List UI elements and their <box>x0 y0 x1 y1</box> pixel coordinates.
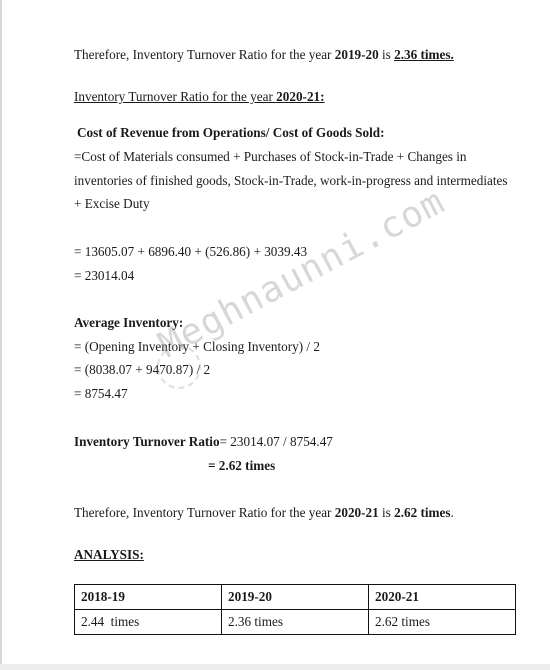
cogs-formula-line: =Cost of Materials consumed + Purchases … <box>74 149 466 165</box>
average-inventory-result: = 8754.47 <box>74 386 128 402</box>
average-inventory-heading-text: Average Inventory: <box>74 315 183 330</box>
year-label: 2019-20 <box>335 47 379 62</box>
cogs-calc-line: = 13605.07 + 6896.40 + (526.86) + 3039.4… <box>74 244 307 260</box>
table-header-cell: 2019-20 <box>222 585 369 610</box>
ratio-result: = 2.62 times <box>208 458 275 474</box>
analysis-table: 2018-19 2019-20 2020-21 2.44 times 2.36 … <box>74 584 516 635</box>
cogs-formula-line: + Excise Duty <box>74 196 150 212</box>
section-heading-year: 2020-21: <box>276 89 324 104</box>
table-cell: 2.36 times <box>222 610 369 635</box>
average-inventory-line: = (Opening Inventory + Closing Inventory… <box>74 339 320 355</box>
page-bottom-edge <box>0 664 550 670</box>
cogs-heading-text: Cost of Revenue from Operations/ Cost of… <box>77 125 384 140</box>
section-heading-text: Inventory Turnover Ratio for the year <box>74 89 276 104</box>
conclusion-2020-21: Therefore, Inventory Turnover Ratio for … <box>74 505 454 521</box>
conclusion-2019-20: Therefore, Inventory Turnover Ratio for … <box>74 47 454 63</box>
average-inventory-heading: Average Inventory: <box>74 315 183 331</box>
table-cell: 2.44 times <box>75 610 222 635</box>
analysis-heading: ANALYSIS: <box>74 547 144 563</box>
ratio-value: 2.62 times <box>394 505 450 520</box>
ratio-formula-text: = 23014.07 / 8754.47 <box>220 434 333 449</box>
cogs-formula-line: inventories of finished goods, Stock-in-… <box>74 173 508 189</box>
conclusion-text: Therefore, Inventory Turnover Ratio for … <box>74 47 335 62</box>
conclusion-text: Therefore, Inventory Turnover Ratio for … <box>74 505 335 520</box>
conclusion-text: is <box>379 505 394 520</box>
year-label: 2020-21 <box>335 505 379 520</box>
table-row: 2.44 times 2.36 times 2.62 times <box>75 610 516 635</box>
cogs-calc-result: = 23014.04 <box>74 268 134 284</box>
document-page: Therefore, Inventory Turnover Ratio for … <box>0 0 550 664</box>
conclusion-suffix: . <box>451 505 454 520</box>
ratio-label: Inventory Turnover Ratio <box>74 434 220 449</box>
table-cell: 2.62 times <box>369 610 516 635</box>
ratio-formula: Inventory Turnover Ratio= 23014.07 / 875… <box>74 434 333 450</box>
table-header-cell: 2018-19 <box>75 585 222 610</box>
analysis-heading-text: ANALYSIS: <box>74 547 144 562</box>
table-header-row: 2018-19 2019-20 2020-21 <box>75 585 516 610</box>
ratio-result-text: = 2.62 times <box>208 458 275 473</box>
section-heading: Inventory Turnover Ratio for the year 20… <box>74 89 325 105</box>
cogs-heading: Cost of Revenue from Operations/ Cost of… <box>77 125 384 141</box>
ratio-value: 2.36 times. <box>394 47 454 62</box>
table-header-cell: 2020-21 <box>369 585 516 610</box>
average-inventory-line: = (8038.07 + 9470.87) / 2 <box>74 362 210 378</box>
conclusion-text: is <box>379 47 394 62</box>
